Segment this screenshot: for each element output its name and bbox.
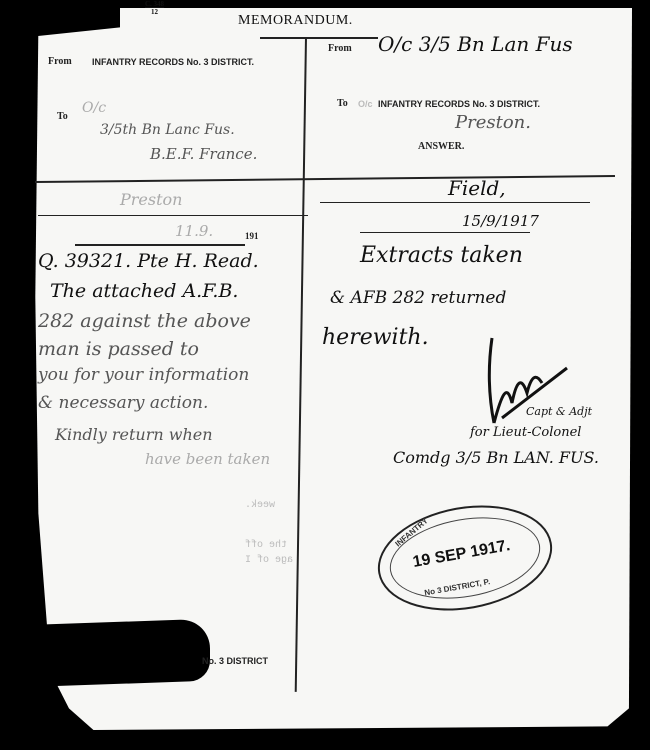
left-body-line: & necessary action.: [38, 393, 208, 413]
left-place-line: [38, 215, 308, 216]
left-body-line: The attached A.F.B.: [50, 280, 238, 302]
right-to-place: Preston.: [455, 112, 531, 133]
right-body-line: Extracts taken: [360, 243, 523, 268]
bleed-through-text: week.: [245, 500, 275, 511]
right-place: Field,: [448, 176, 506, 200]
answer-label: ANSWER.: [418, 141, 464, 152]
sign-unit: Comdg 3/5 Bn LAN. FUS.: [393, 448, 599, 467]
left-body-line: Kindly return when: [55, 425, 213, 444]
document-title: MEMORANDUM.: [238, 13, 353, 29]
right-from-label: From: [328, 43, 352, 54]
left-body-line: Q. 39321. Pte H. Read.: [38, 250, 259, 272]
signature-mark: [482, 333, 572, 433]
right-to-prefix: O/c: [358, 99, 373, 109]
left-to-line3: B.E.F. France.: [150, 145, 257, 163]
left-from-value: INFANTRY RECORDS No. 3 DISTRICT.: [92, 57, 254, 67]
ink-blot: [20, 619, 210, 688]
left-body-line: have been taken: [145, 450, 270, 468]
right-place-line: [320, 202, 590, 203]
bleed-through-text: age of I: [245, 555, 293, 566]
bleed-through-text: the off: [245, 540, 287, 551]
form-code: C. 348 12: [145, 0, 164, 16]
left-body-line: you for your information: [38, 365, 249, 385]
left-bottom-print: No. 3 DISTRICT: [202, 656, 268, 666]
left-to-label: To: [57, 111, 68, 122]
sign-rank: Capt & Adjt: [526, 405, 592, 418]
right-from-value: O/c 3/5 Bn Lan Fus: [378, 32, 573, 56]
left-to-line1: O/c: [82, 100, 106, 116]
title-underline: [260, 37, 378, 39]
right-to-label: To: [337, 98, 348, 109]
left-place: Preston: [120, 190, 182, 209]
right-to-value: INFANTRY RECORDS No. 3 DISTRICT.: [378, 99, 540, 109]
right-body-line: & AFB 282 returned: [330, 288, 506, 308]
sign-for: for Lieut-Colonel: [470, 425, 581, 440]
left-body-line: man is passed to: [38, 338, 199, 360]
right-date-line: [360, 232, 530, 233]
right-body-line: herewith.: [322, 325, 429, 350]
left-date-line: [75, 244, 245, 246]
left-to-line2: 3/5th Bn Lanc Fus.: [100, 122, 235, 138]
left-body-line: 282 against the above: [38, 310, 251, 332]
right-date: 15/9/1917: [462, 212, 539, 230]
left-date: 11.9.: [175, 222, 213, 240]
left-year-prefix: 191: [245, 231, 259, 241]
left-from-label: From: [48, 56, 72, 67]
